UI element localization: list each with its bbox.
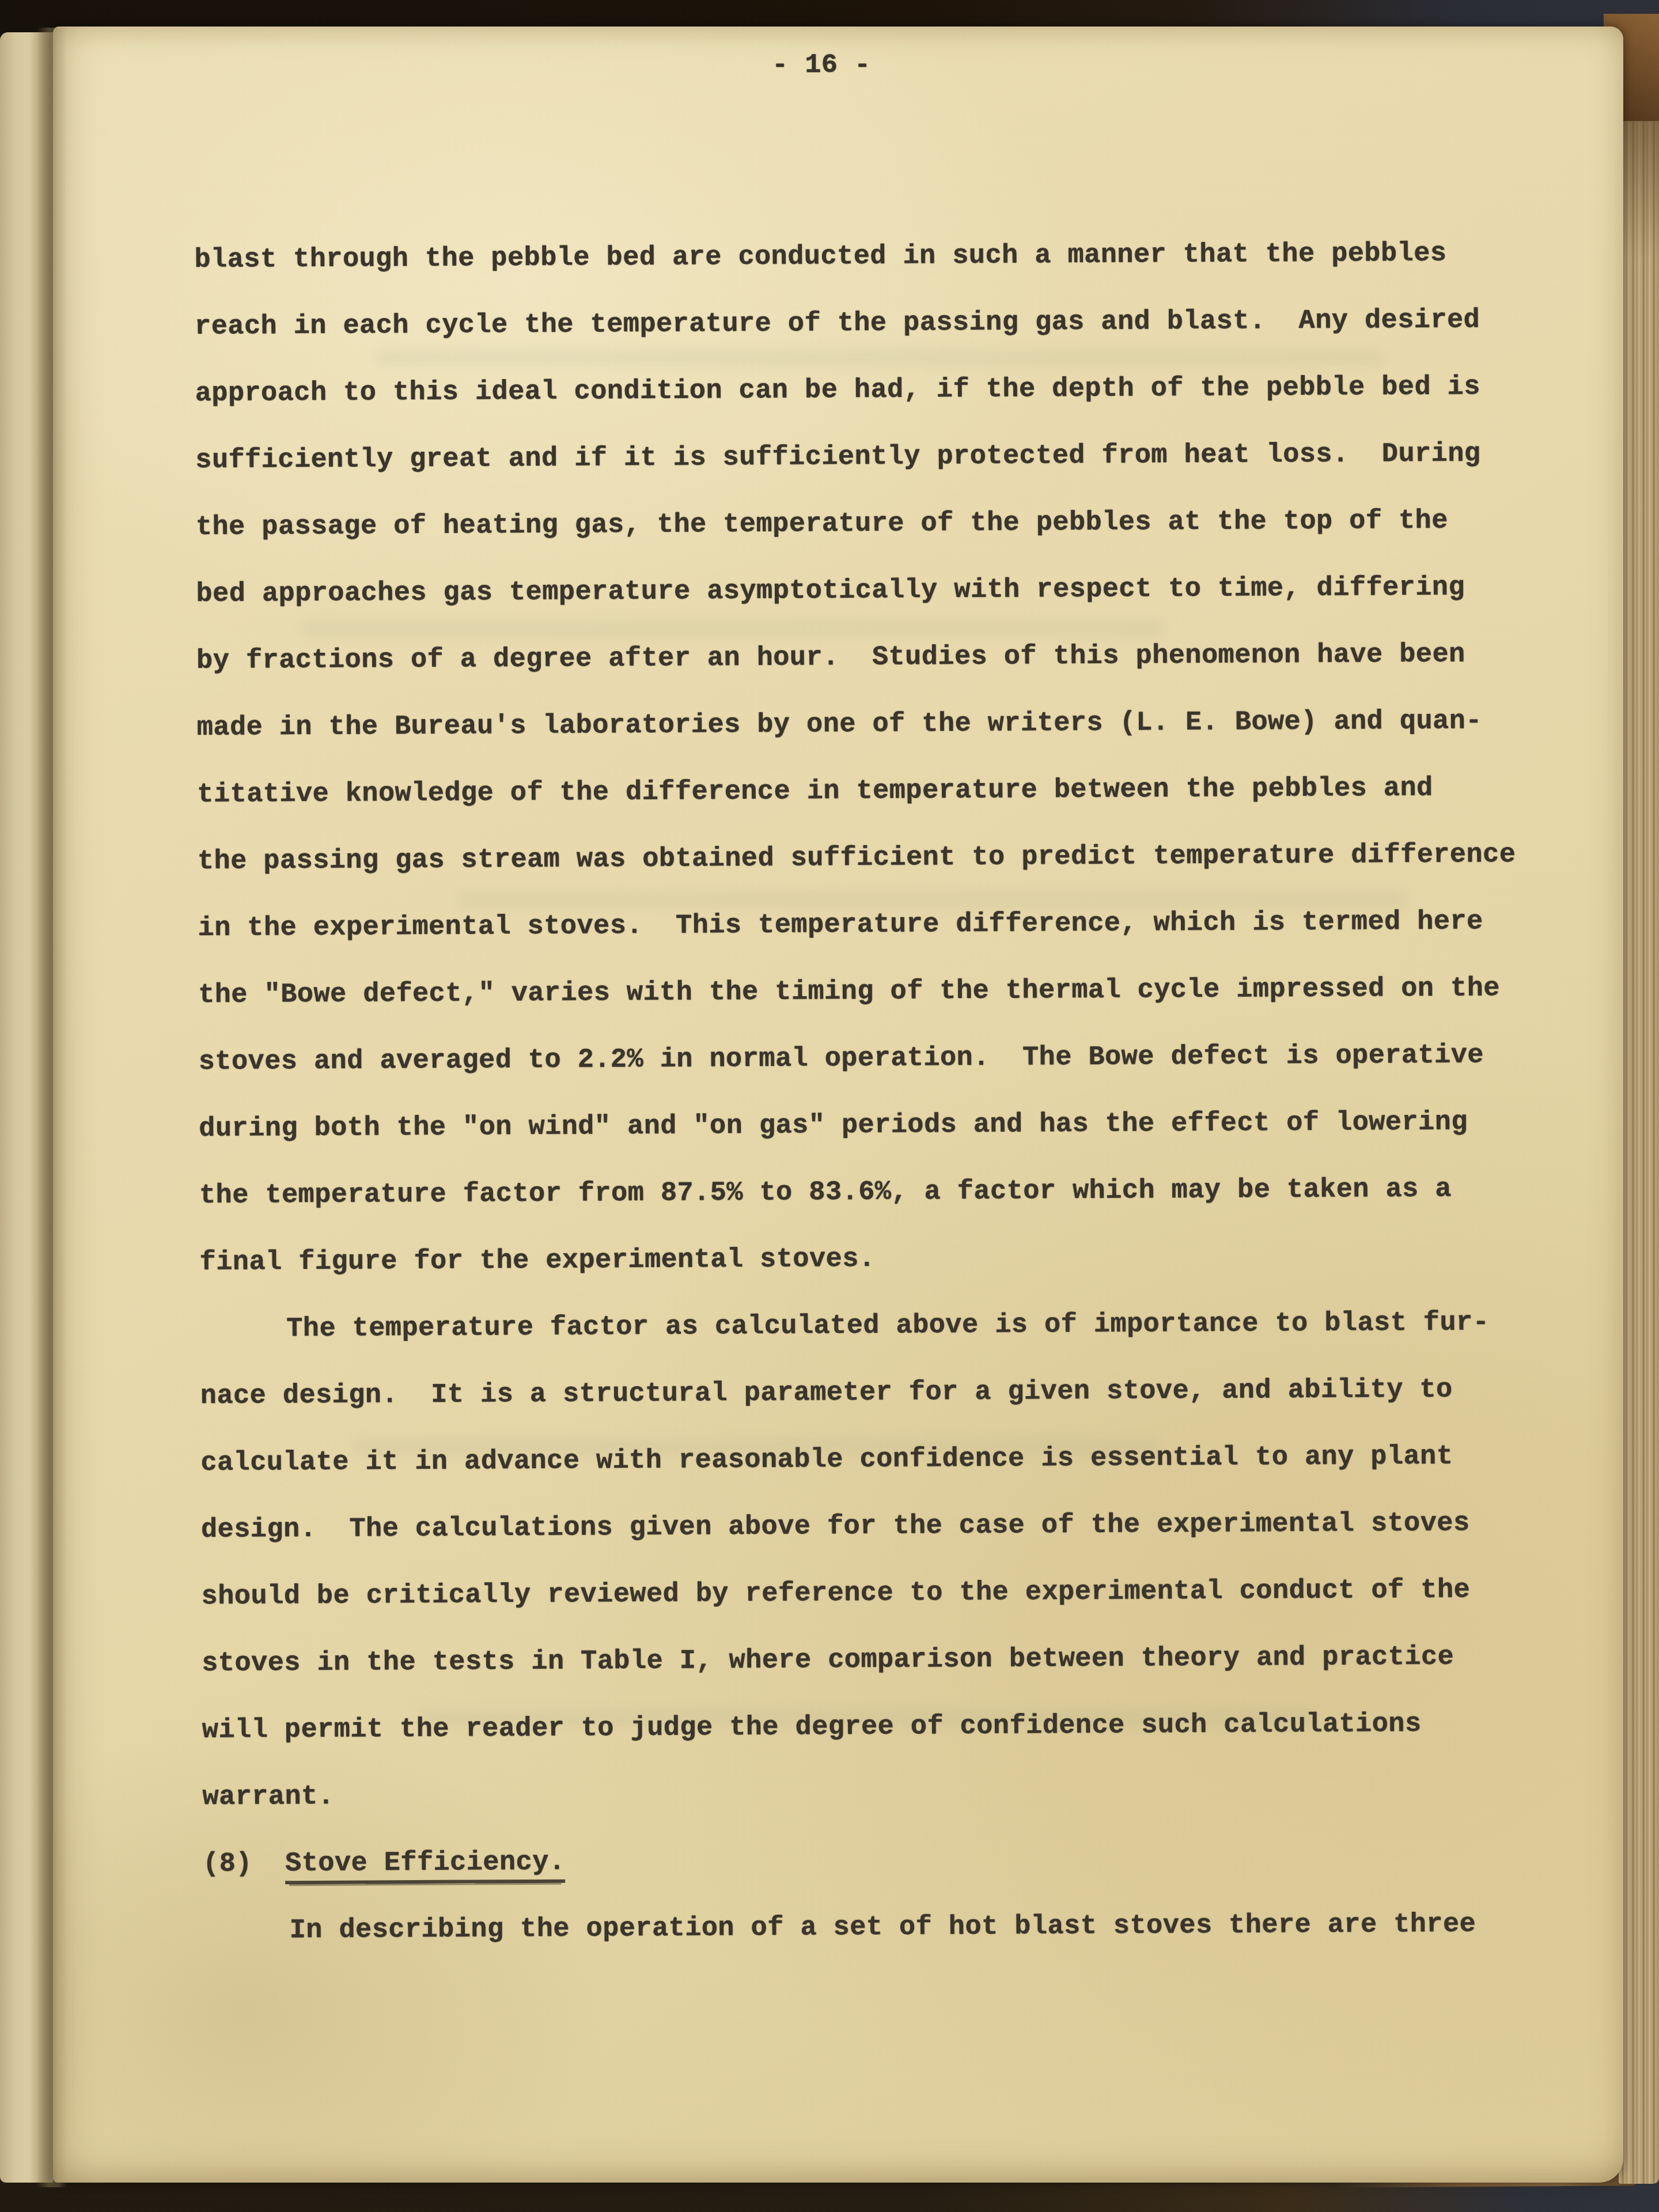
- text-line: will permit the reader to judge the degr…: [202, 1690, 1596, 1764]
- line-text: stoves in the tests in Table I, where co…: [202, 1642, 1454, 1679]
- text-line: by fractions of a degree after an hour. …: [196, 621, 1591, 695]
- text-line: the passing gas stream was obtained suff…: [198, 821, 1592, 895]
- line-text: made in the Bureau's laboratories by one…: [197, 706, 1482, 743]
- line-text: blast through the pebble bed are conduct…: [194, 239, 1446, 275]
- text-line: nace design. It is a structural paramete…: [200, 1356, 1594, 1430]
- line-text: the passing gas stream was obtained suff…: [198, 840, 1516, 877]
- text-line: the passage of heating gas, the temperat…: [196, 487, 1590, 561]
- document-page: - 16 - blast through the pebble bed are …: [53, 27, 1623, 2183]
- previous-page-edge: [0, 32, 53, 2183]
- line-text: titative knowledge of the difference in …: [197, 773, 1433, 810]
- line-text: approach to this ideal condition can be …: [195, 372, 1480, 409]
- line-text: the passage of heating gas, the temperat…: [196, 506, 1448, 543]
- line-text: reach in each cycle the temperature of t…: [195, 305, 1480, 342]
- text-line: bed approaches gas temperature asymptoti…: [196, 554, 1590, 628]
- text-line: during both the "on wind" and "on gas" p…: [199, 1088, 1593, 1163]
- line-text: stoves and averaged to 2.2% in normal op…: [199, 1040, 1484, 1077]
- underlined-heading-text: Stove Efficiency.: [285, 1847, 566, 1885]
- line-text: the "Bowe defect," varies with the timin…: [198, 973, 1500, 1011]
- text-line: final figure for the experimental stoves…: [199, 1222, 1594, 1296]
- line-text: should be critically reviewed by referen…: [201, 1575, 1470, 1612]
- text-line: design. The calculations given above for…: [201, 1489, 1596, 1564]
- page-fore-edge-stack: [1619, 121, 1659, 2184]
- line-text: bed approaches gas temperature asymptoti…: [196, 572, 1465, 610]
- text-line: titative knowledge of the difference in …: [197, 754, 1592, 829]
- text-line: should be critically reviewed by referen…: [201, 1556, 1596, 1631]
- text-line: the temperature factor from 87.5% to 83.…: [199, 1155, 1594, 1230]
- book-scan: - 16 - blast through the pebble bed are …: [0, 0, 1659, 2212]
- text-line: stoves and averaged to 2.2% in normal op…: [198, 1022, 1593, 1096]
- line-text: The temperature factor as calculated abo…: [286, 1307, 1489, 1344]
- text-line: warrant.: [202, 1757, 1597, 1831]
- line-text: in the experimental stoves. This tempera…: [198, 906, 1483, 944]
- text-line: in the experimental stoves. This tempera…: [198, 888, 1592, 962]
- line-text: final figure for the experimental stoves…: [199, 1244, 875, 1278]
- line-text: during both the "on wind" and "on gas" p…: [199, 1107, 1468, 1144]
- text-line: made in the Bureau's laboratories by one…: [196, 687, 1591, 762]
- line-text: the temperature factor from 87.5% to 83.…: [199, 1174, 1452, 1211]
- text-block: blast through the pebble bed are conduct…: [194, 220, 1597, 1965]
- text-line: reach in each cycle the temperature of t…: [195, 286, 1589, 361]
- line-text: by fractions of a degree after an hour. …: [196, 639, 1465, 676]
- text-line: The temperature factor as calculated abo…: [200, 1289, 1594, 1363]
- line-text: nace design. It is a structural paramete…: [200, 1375, 1453, 1412]
- line-text: (8): [203, 1848, 285, 1880]
- text-line: stoves in the tests in Table I, where co…: [202, 1623, 1596, 1697]
- line-text: calculate it in advance with reasonable …: [200, 1442, 1453, 1479]
- text-line: approach to this ideal condition can be …: [195, 353, 1589, 428]
- page-number: - 16 -: [772, 32, 871, 99]
- text-line: the "Bowe defect," varies with the timin…: [198, 955, 1593, 1029]
- line-text: will permit the reader to judge the degr…: [202, 1709, 1422, 1746]
- line-text: design. The calculations given above for…: [201, 1508, 1470, 1545]
- text-line: (8) Stove Efficiency.: [203, 1824, 1597, 1898]
- line-text: sufficiently great and if it is sufficie…: [195, 438, 1480, 476]
- text-line: blast through the pebble bed are conduct…: [194, 220, 1589, 294]
- line-text: In describing the operation of a set of …: [289, 1909, 1476, 1946]
- text-line: calculate it in advance with reasonable …: [200, 1423, 1595, 1497]
- text-line: In describing the operation of a set of …: [203, 1890, 1597, 1965]
- text-line: sufficiently great and if it is sufficie…: [195, 420, 1590, 494]
- line-text: warrant.: [202, 1782, 334, 1813]
